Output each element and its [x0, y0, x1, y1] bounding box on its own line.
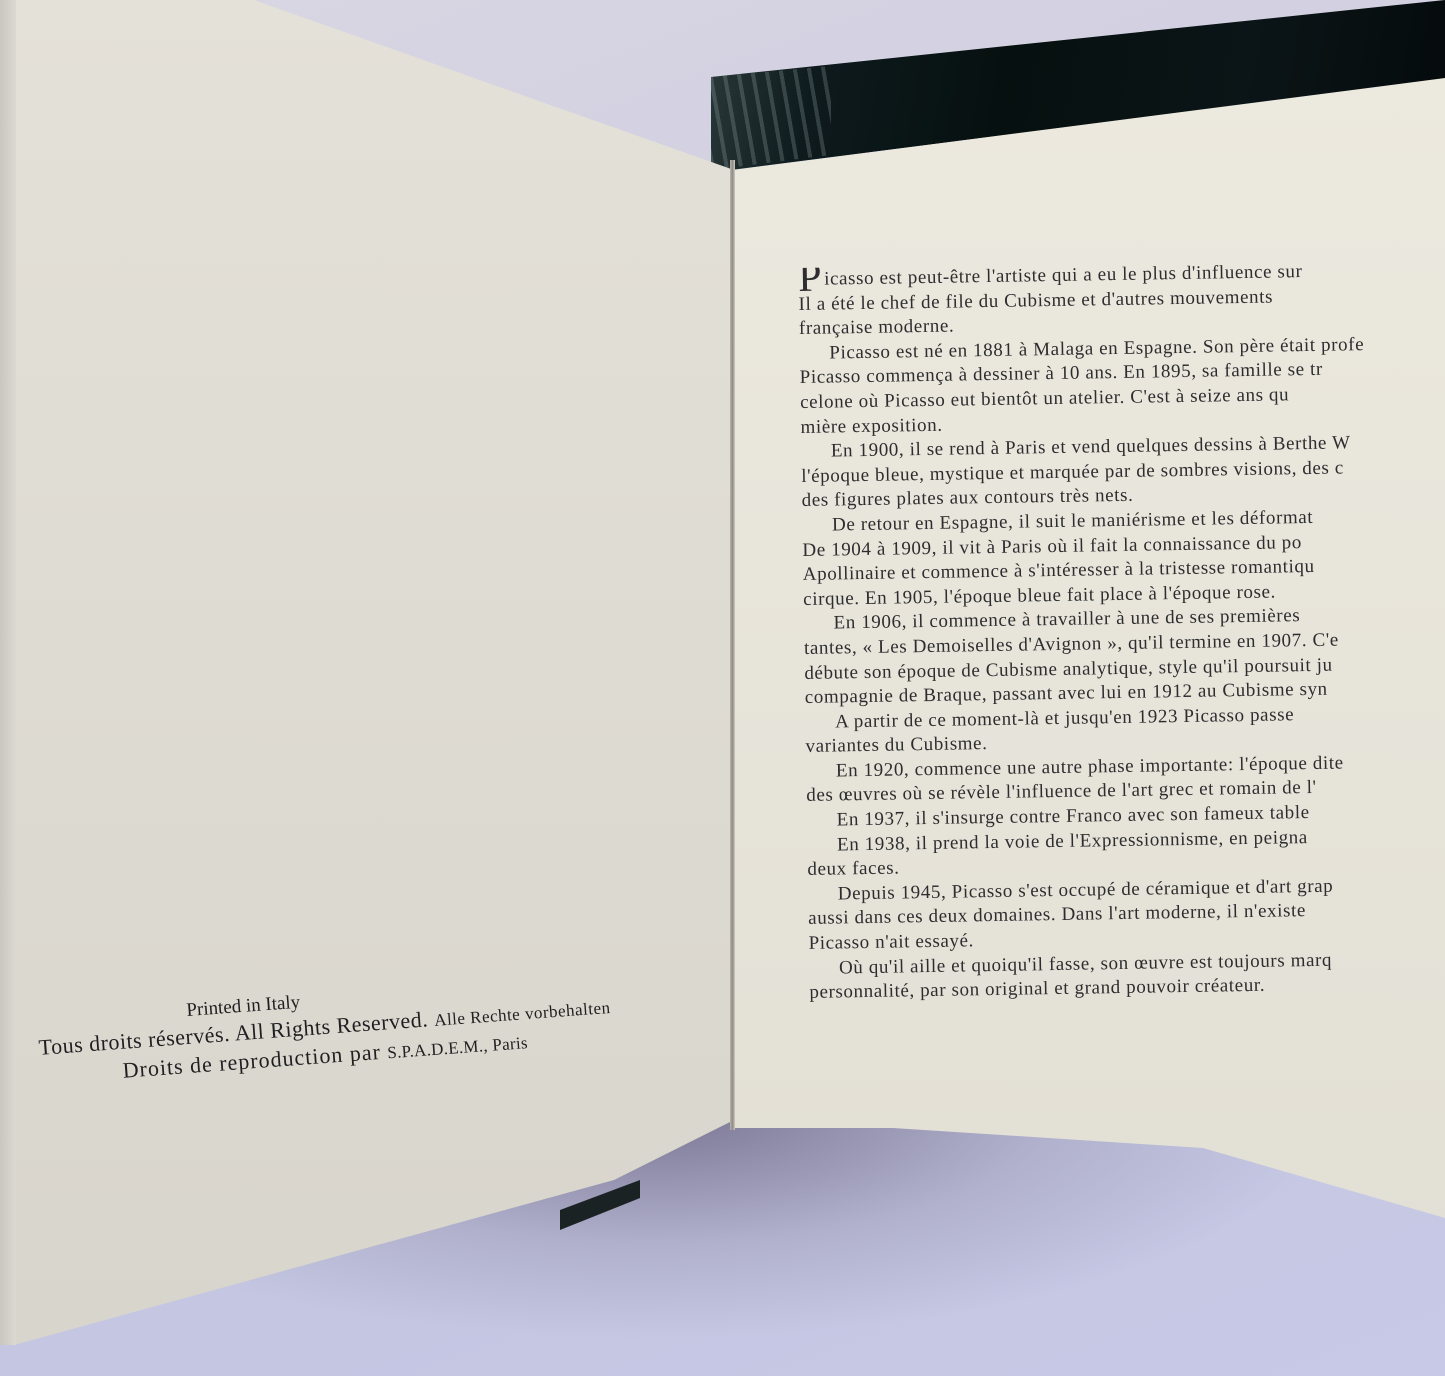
drop-cap: P: [798, 268, 822, 288]
cover-marbling: [711, 60, 831, 170]
text-line-content: Picasso n'ait essayé.: [808, 930, 974, 954]
left-page-edge: [0, 0, 16, 1345]
text-line-content: mière exposition.: [800, 414, 942, 437]
photo-scene: Printed in Italy Tous droits réservés. A…: [0, 0, 1445, 1376]
text-line-content: variantes du Cubisme.: [805, 733, 987, 757]
text-line-content: des figures plates aux contours très net…: [801, 485, 1133, 511]
left-page: [14, 0, 734, 1345]
text-line-content: deux faces.: [807, 858, 899, 880]
text-line-content: personnalité, par son original et grand …: [809, 975, 1265, 1003]
text-line-content: française moderne.: [799, 316, 955, 339]
book-gutter: [730, 160, 735, 1130]
biography-text: Picasso est peut-être l'artiste qui a eu…: [798, 258, 1445, 1006]
